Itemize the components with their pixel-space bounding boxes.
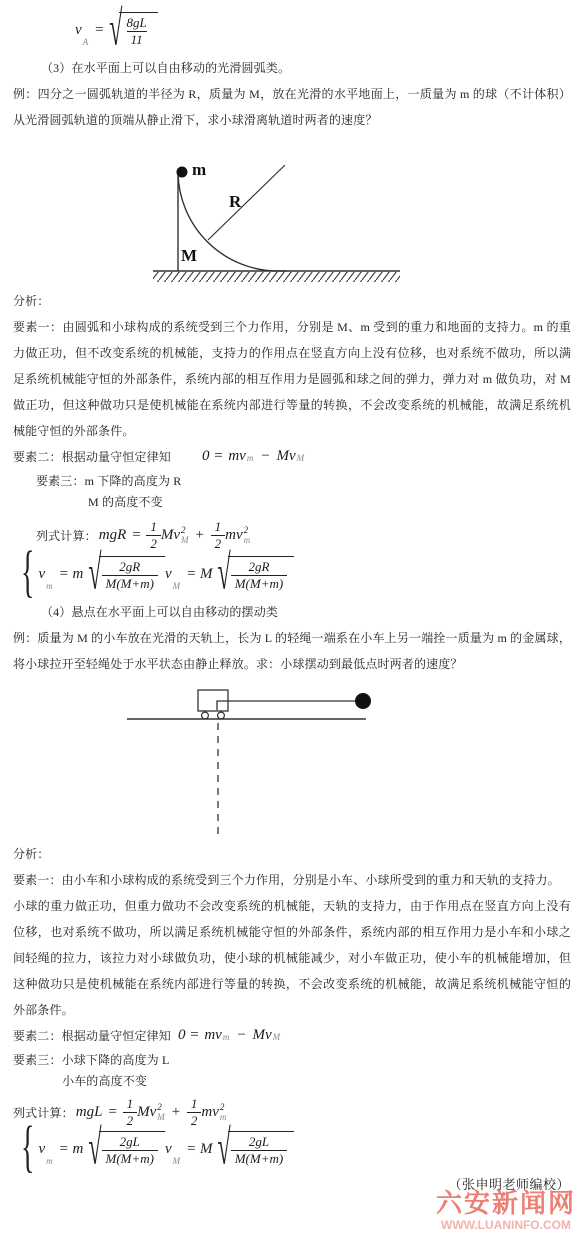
numerator: 8gL	[122, 15, 150, 31]
section4-system-row: { vm = m √2gLM(M+m) vM = M √2gLM(M+m)	[21, 1131, 571, 1168]
section3-calc-row: 列式计算： mgR = 12 Mv 2M + 12 mv 2m	[36, 519, 571, 553]
denominator: 2	[146, 535, 161, 552]
math-token: = M	[186, 1141, 212, 1158]
section4-point2-label: 要素二：根据动量守恒定律知	[13, 1027, 171, 1044]
section4-point3-line2: 小车的高度不变	[62, 1071, 571, 1092]
math-superscript: 2	[220, 1102, 225, 1112]
quarter-arc-figure: m R M	[145, 145, 571, 288]
math-token: = M	[186, 566, 212, 583]
brace-sign: {	[21, 1121, 34, 1178]
math-token: v	[165, 566, 172, 583]
radical-sign: √	[109, 6, 122, 55]
fraction: 2gLM(M+m)	[231, 1134, 287, 1168]
section3-system-row: { vm = m √2gRM(M+m) vM = M √2gRM(M+m)	[21, 556, 571, 593]
document-page: vA= √ 8gL 11 （3）在水平面上可以自由移动的光滑圆弧类。 例：四分之…	[0, 0, 584, 1238]
ground-hatch	[153, 272, 400, 282]
numerator: 2gR	[115, 559, 144, 575]
minus-sign: −	[236, 1027, 246, 1044]
denominator: 2	[123, 1112, 138, 1129]
watermark-url: WWW.LUANINFO.COM	[436, 1218, 576, 1232]
section3-analysis-title: 分析：	[13, 288, 571, 314]
square-root: √2gRM(M+m)	[88, 556, 165, 593]
section4-point2-row: 要素二：根据动量守恒定律知 0 =mvm−MvM	[13, 1027, 571, 1044]
fraction: 2gLM(M+m)	[102, 1134, 158, 1168]
math-subscript: m	[247, 453, 254, 463]
section3-point3-line2: M 的高度不变	[88, 492, 571, 513]
numerator: 2gL	[116, 1134, 144, 1150]
numerator: 1	[123, 1096, 138, 1112]
radicand: 2gRM(M+m)	[228, 556, 294, 593]
section4-heading: （4）悬点在水平面上可以自由移动的摆动类	[13, 599, 571, 625]
fraction: 12	[187, 1096, 202, 1130]
math-token: mv	[228, 448, 246, 465]
section3-example: 例：四分之一圆弧轨道的半径为 R，质量为 M，放在光滑的水平地面上，一质量为 m…	[13, 81, 571, 133]
math-token: =	[131, 527, 141, 544]
math-subscript: A	[83, 37, 89, 47]
numerator: 2gR	[244, 559, 273, 575]
math-token: 0 =	[202, 448, 223, 465]
math-supsub: 2m	[220, 1102, 227, 1123]
radius-line	[208, 165, 285, 240]
cart-wheel-right	[218, 712, 225, 719]
radius-label: R	[229, 192, 242, 211]
cart-wheel-left	[202, 712, 209, 719]
math-supsub: 2M	[157, 1102, 165, 1123]
math-superscript: 2	[181, 525, 186, 535]
math-token: = m	[59, 1141, 84, 1158]
fraction: 8gL 11	[122, 15, 150, 49]
radicand: 2gLM(M+m)	[99, 1131, 165, 1168]
quarter-arc-svg: m R M	[145, 145, 407, 283]
mass-label: M	[181, 246, 197, 265]
math-subscript: m	[46, 1156, 53, 1166]
pendulum-cart-svg	[118, 681, 380, 836]
site-watermark: 六安新闻网 WWW.LUANINFO.COM	[436, 1189, 576, 1232]
math-token: Mv	[252, 1027, 271, 1044]
formula-va-body: vA= √ 8gL 11	[75, 12, 158, 49]
math-superscript: 2	[157, 1102, 162, 1112]
math-token: v	[38, 566, 45, 583]
section3-point2-row: 要素二：根据动量守恒定律知 0 =mvm−MvM	[13, 448, 571, 465]
math-token: Mv	[137, 1104, 156, 1121]
section3-point1: 要素一：由圆弧和小球构成的系统受到三个力作用，分别是 M、m 受到的重力和地面的…	[13, 314, 571, 444]
radical-sign: √	[218, 1125, 231, 1174]
ball-label: m	[192, 160, 206, 179]
math-token: Mv	[276, 448, 295, 465]
minus-sign: −	[260, 448, 270, 465]
square-root: √2gRM(M+m)	[218, 556, 295, 593]
pendulum-ball	[355, 693, 371, 709]
math-token: v	[75, 22, 82, 39]
plus-sign: +	[195, 527, 205, 544]
math-token: mv	[201, 1104, 219, 1121]
formula-va: vA= √ 8gL 11	[75, 12, 571, 49]
math-supsub: 2M	[181, 525, 189, 546]
math-subscript: m	[220, 1112, 227, 1122]
math-subscript: M	[173, 581, 181, 591]
math-token: =	[107, 1104, 117, 1121]
fraction: 12	[123, 1096, 138, 1130]
radical-sign: √	[88, 1125, 101, 1174]
numerator: 1	[187, 1096, 202, 1112]
math-token: Mv	[161, 527, 180, 544]
section3-point2-label: 要素二：根据动量守恒定律知	[13, 448, 171, 465]
math-token: 0 =	[178, 1027, 199, 1044]
denominator: M(M+m)	[102, 575, 158, 592]
section4-point3-line1: 要素三：小球下降的高度为 L	[13, 1050, 571, 1071]
math-token: = m	[59, 566, 84, 583]
math-token: mv	[204, 1027, 222, 1044]
section4-point1-line1: 要素一：由小车和小球构成的系统受到三个力作用，分别是小车、小球所受到的重力和天轨…	[13, 867, 571, 893]
plus-sign: +	[171, 1104, 181, 1121]
math-token: =	[94, 22, 104, 39]
numerator: 1	[146, 519, 161, 535]
section3-calc-label: 列式计算：	[36, 527, 97, 544]
momentum-formula: 0 =mvm−MvM	[173, 1027, 281, 1044]
system-formula: vm = m √2gLM(M+m) vM = M √2gLM(M+m)	[38, 1131, 294, 1168]
numerator: 1	[211, 519, 226, 535]
math-subscript: m	[46, 581, 53, 591]
math-token: v	[38, 1141, 45, 1158]
section3-point3-line1: 要素三：m 下降的高度为 R	[36, 471, 571, 492]
math-subscript: M	[157, 1112, 165, 1122]
math-superscript: 2	[244, 525, 249, 535]
numerator: 2gL	[245, 1134, 273, 1150]
denominator: M(M+m)	[231, 575, 287, 592]
math-token: mgR	[99, 527, 127, 544]
math-token: mv	[225, 527, 243, 544]
math-subscript: m	[244, 535, 251, 545]
denominator: M(M+m)	[231, 1150, 287, 1167]
brace-sign: {	[21, 546, 34, 603]
ball-dot	[177, 166, 188, 177]
section4-example: 例：质量为 M 的小车放在光滑的天轨上，长为 L 的轻绳一端系在小车上另一端拴一…	[13, 625, 571, 677]
math-subscript: M	[273, 1032, 281, 1042]
math-subscript: M	[173, 1156, 181, 1166]
denominator: 2	[187, 1112, 202, 1129]
fraction: 2gRM(M+m)	[231, 559, 287, 593]
math-supsub: 2m	[244, 525, 251, 546]
radical-sign: √	[218, 550, 231, 599]
watermark-title: 六安新闻网	[436, 1189, 576, 1218]
math-token: mgL	[76, 1104, 103, 1121]
system-formula: vm = m √2gRM(M+m) vM = M √2gRM(M+m)	[38, 556, 294, 593]
radicand: 8gL 11	[119, 12, 157, 49]
denominator: M(M+m)	[102, 1150, 158, 1167]
fraction: 2gRM(M+m)	[102, 559, 158, 593]
pendulum-cart-figure	[118, 681, 571, 841]
section4-point1-body: 小球的重力做正功，但重力做功不会改变系统的机械能，天轨的支持力，由于作用点在竖直…	[13, 893, 571, 1023]
math-subscript: m	[223, 1032, 230, 1042]
section4-analysis-title: 分析：	[13, 841, 571, 867]
math-subscript: M	[181, 535, 189, 545]
square-root: √ 8gL 11	[109, 12, 157, 49]
radical-sign: √	[88, 550, 101, 599]
math-subscript: M	[297, 453, 305, 463]
rope-line	[217, 701, 355, 710]
radicand: 2gLM(M+m)	[228, 1131, 294, 1168]
denominator: 11	[127, 31, 147, 48]
fraction: 12	[146, 519, 161, 553]
square-root: √2gLM(M+m)	[218, 1131, 295, 1168]
math-token: v	[165, 1141, 172, 1158]
radicand: 2gRM(M+m)	[99, 556, 165, 593]
momentum-formula: 0 =mvm−MvM	[197, 448, 305, 465]
square-root: √2gLM(M+m)	[88, 1131, 165, 1168]
section3-heading: （3）在水平面上可以自由移动的光滑圆弧类。	[13, 55, 571, 81]
